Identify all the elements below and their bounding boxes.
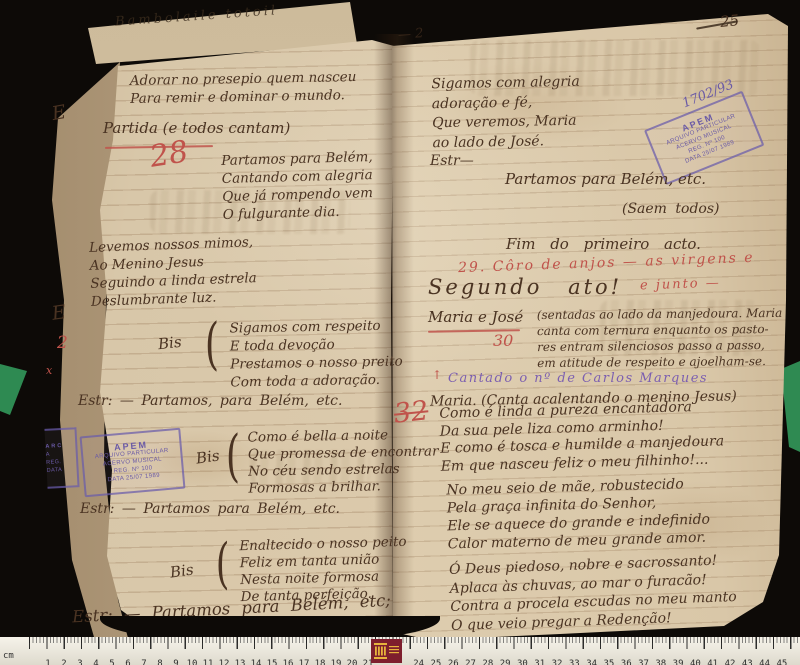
bis-brace-1: ( [205, 312, 219, 377]
ruler-number: 32 [548, 659, 565, 665]
red-number-28: 28 [149, 143, 190, 167]
fim-primeiro-acto: Fim do primeiro acto. [506, 235, 701, 253]
ruler-number: 18 [312, 659, 328, 665]
stanza-levemos: Levemos nossos mimos, Ao Menino Jesus Se… [89, 233, 258, 311]
building-icon [373, 642, 400, 660]
bis-brace-2: ( [226, 424, 240, 489]
left-margin-number-2: 2 [57, 334, 68, 352]
gutter-mark: — 2 [397, 25, 424, 45]
red-note-29b: e junto — [640, 275, 721, 296]
ruler-number: 13 [232, 659, 248, 665]
left-margin-mark-1: E [51, 103, 68, 123]
left-opening-couplet: Adorar no presepio quem nasceu Para remi… [130, 68, 357, 108]
poem-no-meu-seio: No meu seio de mãe, robustecido Pela gra… [446, 475, 711, 554]
bis-label-1: Bis [157, 333, 182, 353]
ruler-number: 40 [687, 659, 704, 665]
ruler-number: 20 [344, 659, 360, 665]
ruler-number: 1 [40, 659, 56, 665]
stamp-line: DATA [46, 466, 76, 475]
ruler-number: 27 [462, 659, 479, 665]
estr-line: Partamos para Belém, etc. [505, 170, 706, 188]
ruler-number: 31 [531, 659, 548, 665]
red-number-30: 30 [493, 332, 513, 350]
ruler-number: 19 [328, 659, 344, 665]
left-scene-heading: Partida (e todos cantam) [103, 119, 290, 137]
estribilho-1: Estr: — Partamos, para Belém, etc. [78, 392, 342, 410]
stanza-como: Como é bella a noite Que promessa de enc… [247, 426, 439, 497]
ruler-number: 26 [445, 659, 462, 665]
ruler-number: 12 [216, 659, 232, 665]
ruler-number: 37 [635, 659, 652, 665]
ruler-number: 3 [72, 659, 88, 665]
ruler-number: 36 [618, 659, 635, 665]
ruler-number: 15 [264, 659, 280, 665]
ruler-number: 9 [168, 659, 184, 665]
red-x-mark: x [46, 362, 52, 380]
stage-direction-manjedoura: (sentadas ao lado da manjedoura. Maria c… [537, 305, 783, 371]
ruler-number: 38 [652, 659, 669, 665]
poem-o-deus-piedoso: Ó Deus piedoso, nobre e sacrossanto! Apl… [449, 551, 738, 635]
ruler-unit-label: cm [3, 651, 14, 661]
ruler-number: 45 [773, 659, 790, 665]
ruler-number: 28 [479, 659, 496, 665]
ruler-numbers-left: 123456789101112131415161718192021 [40, 651, 376, 665]
stanza-partamos: Partamos para Belém, Cantando com alegri… [221, 148, 374, 224]
archive-logo [371, 639, 402, 663]
ruler-number: 8 [152, 659, 168, 665]
bis-label-2: Bis [195, 446, 221, 467]
ruler-number: 7 [136, 659, 152, 665]
ruler-number: 35 [600, 659, 617, 665]
maria-jose-label: Maria e José [428, 308, 523, 326]
ruler-number: 6 [120, 659, 136, 665]
poem-como-e-linda: Como é linda a pureza encantadora Da sua… [439, 398, 725, 475]
stage-direction: (Saem todos) [622, 200, 720, 218]
ruler-number: 43 [739, 659, 756, 665]
apem-stamp-left: APEMARQUIVO PARTICULARACERVO MUSICALREG.… [80, 428, 186, 498]
ruler-number: 14 [248, 659, 264, 665]
segundo-ato-heading: Segundo ato! [428, 278, 622, 296]
ruler-number: 41 [704, 659, 721, 665]
red-caret-mark: ↑ [432, 366, 442, 384]
red-number-32: 32 [393, 402, 429, 423]
ruler-number: 17 [296, 659, 312, 665]
ruler-number: 11 [200, 659, 216, 665]
ruler-number: 39 [669, 659, 686, 665]
ruler-number: 33 [566, 659, 583, 665]
ruler-number: 29 [496, 659, 513, 665]
ruler-number: 30 [514, 659, 531, 665]
bis-brace-3: ( [216, 532, 230, 595]
stanza-sigamos: Sigamos com respeito E toda devoção Pres… [229, 316, 403, 391]
ruler-number: 5 [104, 659, 120, 665]
purple-note-cantado: Cantado o nº de Carlos Marques [448, 370, 708, 388]
stanza-sigamos-alegria: Sigamos com alegria adoração e fé, Que v… [431, 73, 581, 154]
bis-label-3: Bis [169, 560, 195, 581]
ruler-number: 42 [721, 659, 738, 665]
ruler-number: 44 [756, 659, 773, 665]
ruler-number: 10 [184, 659, 200, 665]
ruler: cm 123456789101112131415161718192021 242… [0, 637, 800, 665]
ruler-number: 16 [280, 659, 296, 665]
ruler-number: 24 [410, 659, 427, 665]
ruler-number: 2 [56, 659, 72, 665]
ruler-number: 34 [583, 659, 600, 665]
ruler-numbers-right: 2425262728293031323334353637383940414243… [410, 651, 791, 665]
scanned-manuscript-photo: Bambolaile totoil E Adorar no presepio q… [0, 0, 800, 665]
left-margin-mark-2: E [51, 303, 67, 323]
estribilho-2: Estr: — Partamos para Belém, etc. [80, 500, 340, 518]
estr-label: Estr— [430, 152, 474, 170]
partial-stamp-left-edge: ARCAREG.DATA [44, 427, 79, 489]
ruler-number: 25 [427, 659, 444, 665]
ruler-number: 4 [88, 659, 104, 665]
